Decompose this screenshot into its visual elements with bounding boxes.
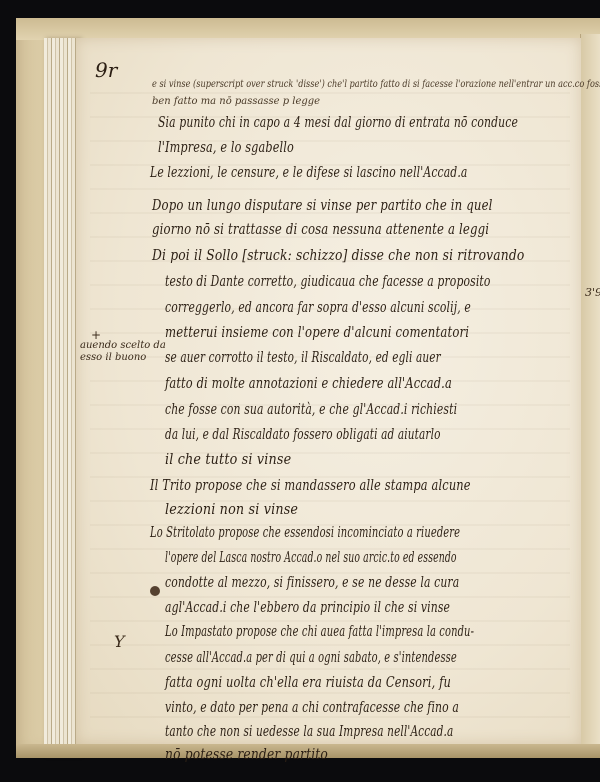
text-line-6: Di poi il Sollo [struck: schizzo] disse …	[152, 246, 524, 264]
text-line-10: se auer corrotto il testo, il Riscaldato…	[165, 348, 441, 366]
text-line-5: giorno nō si trattasse di cosa nessuna a…	[152, 220, 489, 238]
right-edge-note: 3'9	[585, 286, 600, 299]
facing-page-edge	[580, 34, 600, 744]
text-line-14: il che tutto si vinse	[165, 450, 291, 468]
margin-y-mark: Y	[114, 632, 125, 651]
text-line-24: vinto, e dato per pena a chi contrafaces…	[165, 698, 459, 716]
cover-top-fold	[16, 18, 600, 40]
page-stack-edges	[44, 38, 80, 756]
text-line-17: Lo Stritolato propose che essendosi inco…	[150, 523, 460, 541]
text-line-4: Dopo un lungo disputare si vinse per par…	[152, 196, 493, 214]
annotation-line-2: ben fatto ma nō passasse p legge	[152, 95, 320, 107]
annotation-line-1: e si vinse (superscript over struck 'dis…	[152, 78, 600, 90]
left-margin-note-line-2: esso il buono	[80, 352, 166, 364]
left-margin-note: auendo scelto da esso il buono	[80, 340, 166, 364]
text-line-8: correggerlo, ed ancora far sopra d'esso …	[165, 298, 471, 316]
text-line-15: Il Trito propose che si mandassero alle …	[150, 476, 471, 494]
text-line-9: metterui insieme con l'opere d'alcuni co…	[165, 323, 469, 341]
text-line-7: testo di Dante corretto, giudicaua che f…	[165, 272, 491, 290]
text-line-16: lezzioni non si vinse	[165, 500, 298, 518]
text-line-18: l'opere del Lasca nostro Accad.o nel suo…	[165, 548, 457, 566]
text-line-21: Lo Impastato propose che chi auea fatta …	[165, 622, 474, 640]
text-line-11: fatto di molte annotazioni e chiedere al…	[165, 374, 452, 392]
text-line-2: l'Impresa, e lo sgabello	[158, 138, 294, 156]
text-line-12: che fosse con sua autorità, e che gl'Acc…	[165, 400, 457, 418]
text-line-22: cesse all'Accad.a per di qui a ogni saba…	[165, 648, 457, 666]
text-line-25: tanto che non si uedesse la sua Impresa …	[165, 722, 453, 740]
left-margin-note-line-1: auendo scelto da	[80, 340, 166, 352]
text-line-19: condotte al mezzo, si finissero, e se ne…	[165, 573, 459, 591]
text-line-13: da lui, e dal Riscaldato fossero obligat…	[165, 425, 441, 443]
text-line-23: fatta ogni uolta ch'ella era riuista da …	[165, 673, 451, 691]
folio-number: 9r	[95, 58, 117, 82]
text-line-1: Sia punito chi in capo a 4 mesi dal gior…	[158, 113, 518, 131]
text-line-26: nō potesse render partito	[165, 745, 328, 763]
ink-blot	[150, 586, 160, 596]
text-line-3: Le lezzioni, le censure, e le difese si …	[150, 163, 468, 181]
text-line-20: agl'Accad.i che l'ebbero da principio il…	[165, 598, 450, 616]
